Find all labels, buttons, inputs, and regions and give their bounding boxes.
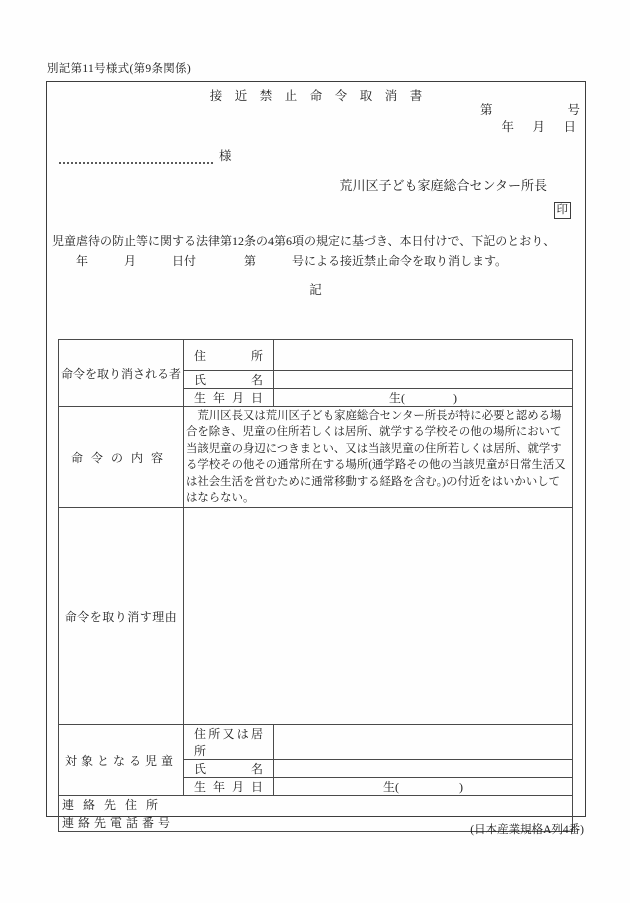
document-page: 別記第11号様式(第9条関係) 接 近 禁 止 命 令 取 消 書 第 号 年 … — [0, 0, 630, 903]
body-paragraph: 児童虐待の防止等に関する法律第12条の4第6項の規定に基づき、本日付けで、下記の… — [52, 231, 581, 271]
child-name-label: 氏名 — [184, 760, 274, 778]
person-birthdate-value-cell: 生( ) — [274, 389, 573, 407]
contact-address-label-cell: 連絡先住所 — [59, 796, 573, 814]
ki-marker: 記 — [47, 280, 585, 298]
person-name-label: 氏名 — [184, 371, 274, 389]
cancel-reason-value-cell — [184, 508, 573, 725]
addressee-line: 様 — [59, 146, 232, 164]
child-label-cell: 対象となる児童 — [59, 725, 184, 796]
body-paragraph-line1: 児童虐待の防止等に関する法律第12条の4第6項の規定に基づき、本日付けで、下記の… — [52, 231, 581, 251]
person-address-label: 住所 — [184, 340, 274, 371]
person-birthdate-label: 生年月日 — [184, 389, 274, 407]
child-address-label: 住所又は居所 — [184, 725, 274, 760]
doc-number-line: 第 号 — [480, 100, 580, 118]
addressee-dotted-underline — [59, 149, 213, 164]
form-border-box: 接 近 禁 止 命 令 取 消 書 第 号 年 月 日 様 荒川区子ども家庭総合… — [46, 81, 586, 817]
person-name-value-cell — [274, 371, 573, 389]
table-row: 命令を取り消す理由 — [59, 508, 573, 725]
cancel-reason-label-cell: 命令を取り消す理由 — [59, 508, 184, 725]
seal-area: 印 — [554, 200, 572, 219]
child-name-value-cell — [274, 760, 573, 778]
child-birthdate-value-cell: 生( ) — [274, 778, 573, 796]
order-cancellation-table: 命令を取り消される者 住所 氏名 生年月日 生( ) 命令の内容 荒川区長又は荒… — [58, 339, 573, 832]
order-content-label-cell: 命令の内容 — [59, 407, 184, 508]
order-content-text-cell: 荒川区長又は荒川区子ども家庭総合センター所長が特に必要と認める場合を除き、児童の… — [184, 407, 573, 508]
person-label-cell: 命令を取り消される者 — [59, 340, 184, 407]
date-line: 年 月 日 — [501, 117, 579, 135]
person-address-value-cell — [274, 340, 573, 371]
child-address-value-cell — [274, 725, 573, 760]
child-birthdate-label: 生年月日 — [184, 778, 274, 796]
addressee-honorific: 様 — [219, 149, 232, 163]
body-paragraph-line2: 年 月 日付 第 号による接近禁止命令を取り消します。 — [52, 251, 581, 271]
jis-size-note: (日本産業規格A列4番) — [470, 821, 584, 837]
form-type-note: 別記第11号様式(第9条関係) — [47, 60, 191, 76]
table-row: 命令の内容 荒川区長又は荒川区子ども家庭総合センター所長が特に必要と認める場合を… — [59, 407, 573, 508]
table-row: 連絡先住所 — [59, 796, 573, 814]
issuer-title: 荒川区子ども家庭総合センター所長 — [340, 175, 547, 194]
seal-mark: 印 — [554, 202, 572, 219]
table-row: 対象となる児童 住所又は居所 — [59, 725, 573, 760]
table-row: 命令を取り消される者 住所 — [59, 340, 573, 371]
